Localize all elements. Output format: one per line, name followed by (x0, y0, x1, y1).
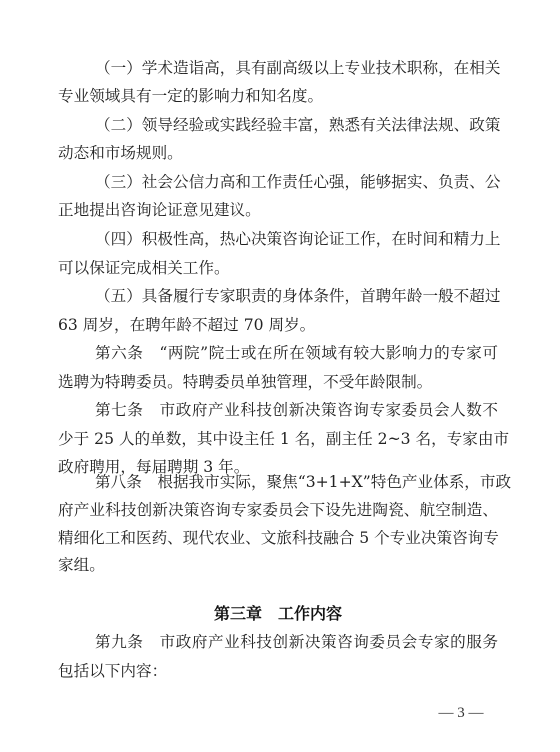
article-line: 少于 25 人的单数，其中设主任 1 名，副主任 2~3 名，专家由市 (58, 427, 498, 451)
paragraph-line: （一）学术造诣高，具有副高级以上专业技术职称，在相关 (95, 56, 498, 80)
paragraph-line: （五）具备履行专家职责的身体条件，首聘年龄一般不超过 (95, 284, 498, 308)
document-page: （一）学术造诣高，具有副高级以上专业技术职称，在相关 专业领域具有一定的影响力和… (0, 0, 560, 752)
paragraph-line: （二）领导经验或实践经验丰富，熟悉有关法律法规、政策 (95, 113, 498, 137)
paragraph-line: 专业领域具有一定的影响力和知名度。 (58, 84, 498, 108)
article-line: 第九条 市政府产业科技创新决策咨询委员会专家的服务 (95, 630, 498, 654)
page-number: — 3 — (430, 702, 492, 724)
chapter-heading: 第三章 工作内容 (58, 602, 498, 626)
article-line: 第八条 根据我市实际，聚焦“3+1+X”特色产业体系，市政 (95, 470, 498, 494)
paragraph-line: （四）积极性高，热心决策咨询论证工作，在时间和精力上 (95, 227, 498, 251)
article-line: 包括以下内容： (58, 659, 498, 683)
article-line: 第七条 市政府产业科技创新决策咨询专家委员会人数不 (95, 398, 498, 422)
article-line: 精细化工和医药、现代农业、文旅科技融合 5 个专业决策咨询专 (58, 526, 498, 550)
article-line: 家组。 (58, 553, 498, 577)
paragraph-line: 正地提出咨询论证意见建议。 (58, 198, 498, 222)
article-line: 第六条 “两院”院士或在所在领域有较大影响力的专家可 (95, 341, 498, 365)
article-line: 选聘为特聘委员。特聘委员单独管理，不受年龄限制。 (58, 370, 498, 394)
paragraph-line: 可以保证完成相关工作。 (58, 256, 498, 280)
paragraph-line: 动态和市场规则。 (58, 141, 498, 165)
paragraph-line: 63 周岁，在聘年龄不超过 70 周岁。 (58, 313, 498, 337)
article-line: 府产业科技创新决策咨询专家委员会下设先进陶瓷、航空制造、 (58, 498, 498, 522)
paragraph-line: （三）社会公信力高和工作责任心强，能够据实、负责、公 (95, 170, 498, 194)
